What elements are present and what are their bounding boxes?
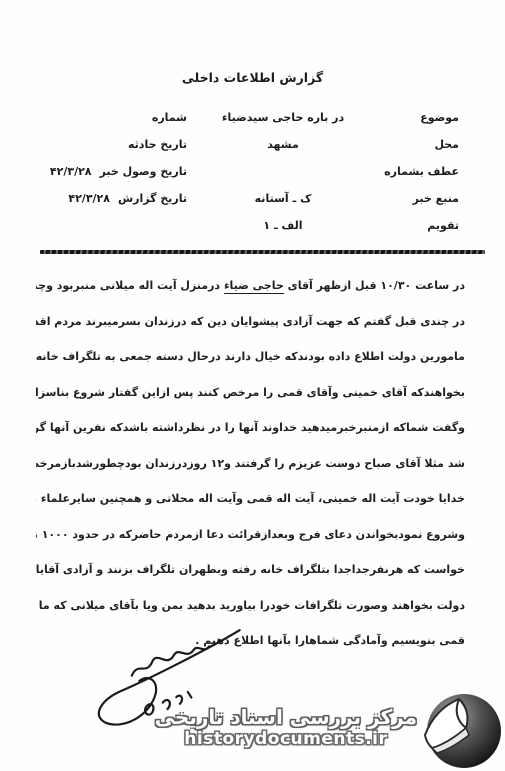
watermark: مرکز بررسی اسناد تاریخی historydocuments… xyxy=(155,691,503,769)
location-value: مشهد xyxy=(187,138,379,151)
reference-label: عطف بشماره xyxy=(379,165,459,178)
subject-value: در باره حاجی سیدضیاء xyxy=(187,111,379,124)
body-line: بخواهندکه آقای خمینی وآقای قمی را مرخص ک… xyxy=(36,375,465,411)
source-label: منبع خبر xyxy=(379,192,459,205)
watermark-globe-book-icon xyxy=(421,691,503,769)
incident-date-group: تاریخ حادثه xyxy=(17,138,187,151)
location-label: محل xyxy=(379,138,459,151)
number-label: شماره xyxy=(152,111,187,124)
document-title: گزارش اطلاعات داخلی xyxy=(0,70,505,85)
field-row-location: محل مشهد تاریخ حادثه xyxy=(0,131,505,158)
report-date-value: ۴۲/۳/۲۸ xyxy=(68,192,110,205)
field-row-subject: موضوع در باره حاجی سیدضیاء شماره xyxy=(0,104,505,131)
document-page: گزارش اطلاعات داخلی موضوع در باره حاجی س… xyxy=(0,0,505,771)
section-divider xyxy=(40,250,485,254)
body-line: مامورین دولت اطلاع داده بودندکه خیال دار… xyxy=(36,339,465,375)
evaluation-value: الف ـ ۱ xyxy=(187,219,379,232)
body-line: خدایا خودت آیت اله خمینی، آیت اله قمی وآ… xyxy=(36,481,465,517)
report-body: در ساعت ۱۰/۳۰ قبل ازظهر آقای حاجی ضیاء د… xyxy=(36,268,465,659)
field-row-reference: عطف بشماره تاریخ وصول خبر۴۲/۳/۲۸ xyxy=(0,158,505,185)
source-value: ک ـ آستانه xyxy=(187,192,379,205)
body-line: خواست که هرنفرجداجدا بتلگراف خانه رفته و… xyxy=(36,552,465,588)
body-line1-pre: در ساعت ۱۰/۳۰ قبل ازظهر آقای xyxy=(288,279,465,292)
watermark-url: historydocuments.ir xyxy=(155,729,417,749)
subject-label: موضوع xyxy=(379,111,459,124)
body-line: دولت بخواهند وصورت تلگرافات خودرا بیاوری… xyxy=(36,588,465,624)
watermark-text: مرکز بررسی اسناد تاریخی historydocuments… xyxy=(155,705,417,755)
body-line: در چندی قبل گفتم که جهت آزادی پیشوایان د… xyxy=(36,304,465,340)
receipt-date-value: ۴۲/۳/۲۸ xyxy=(50,165,92,178)
incident-date-label: تاریخ حادثه xyxy=(128,138,187,151)
body-line: وشروع نمودبخواندن دعای فرج وبعدازقرائت د… xyxy=(36,517,465,553)
field-row-source: منبع خبر ک ـ آستانه تاریخ گزارش۴۲/۳/۲۸ xyxy=(0,185,505,212)
report-date-group: تاریخ گزارش۴۲/۳/۲۸ xyxy=(17,192,187,205)
body-line: شد مثلا آقای صباح دوست عزیزم را گرفتند و… xyxy=(36,446,465,482)
receipt-date-group: تاریخ وصول خبر۴۲/۳/۲۸ xyxy=(17,165,187,178)
receipt-date-label: تاریخ وصول خبر xyxy=(100,165,187,178)
body-line: در ساعت ۱۰/۳۰ قبل ازظهر آقای حاجی ضیاء د… xyxy=(36,268,465,304)
evaluation-label: تقویم xyxy=(379,219,459,232)
underlined-name: حاجی ضیاء xyxy=(224,279,284,294)
field-row-evaluation: تقویم الف ـ ۱ xyxy=(0,212,505,239)
body-line1-post: درمنزل آیت اله میلانی منبربود وچنین اظها… xyxy=(36,279,220,292)
watermark-org-name: مرکز بررسی اسناد تاریخی xyxy=(155,705,417,729)
report-date-label: تاریخ گزارش xyxy=(118,192,187,205)
header-fields: موضوع در باره حاجی سیدضیاء شماره محل مشه… xyxy=(0,104,505,239)
body-line: وگفت شماکه ازمنبرخبرمیدهید خداوند آنها ر… xyxy=(36,410,465,446)
number-group: شماره xyxy=(17,111,187,124)
